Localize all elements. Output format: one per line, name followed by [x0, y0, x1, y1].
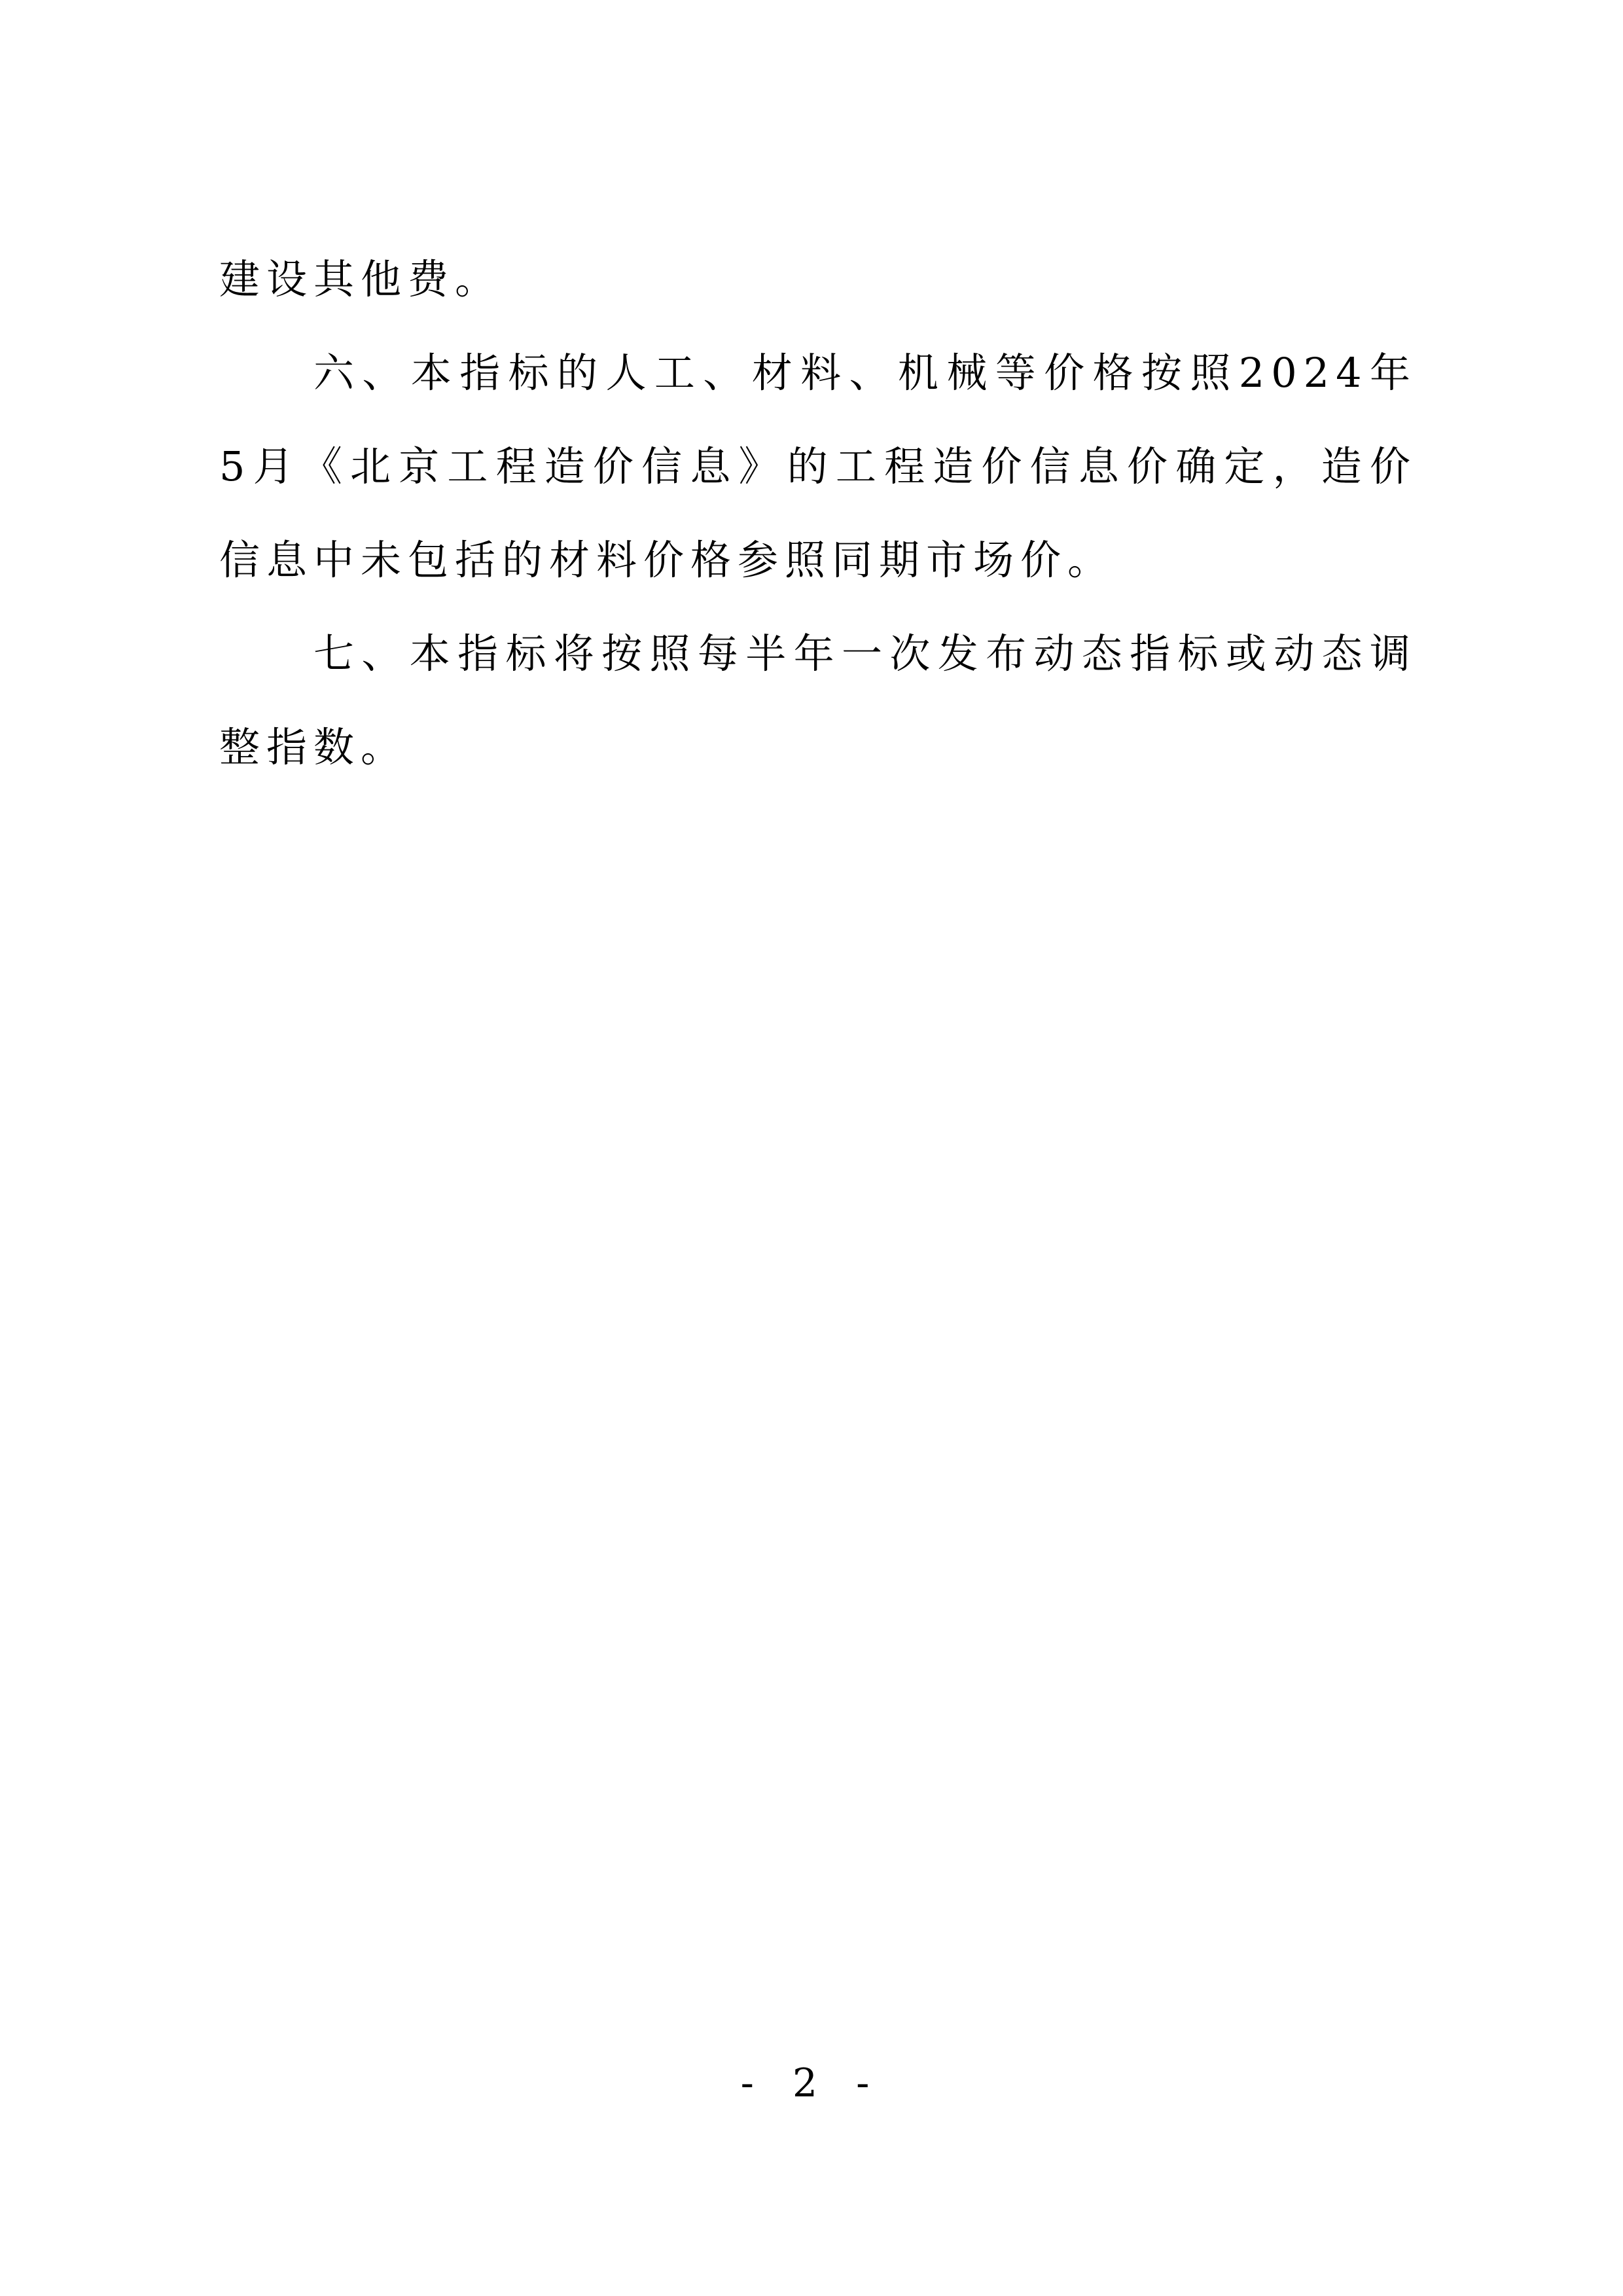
- page-number: - 2 -: [0, 2060, 1623, 2106]
- paragraph-item-6: 六、本指标的人工、材料、机械等价格按照2024年5月《北京工程造价信息》的工程造…: [219, 326, 1417, 607]
- document-page: 建设其他费。 六、本指标的人工、材料、机械等价格按照2024年5月《北京工程造价…: [0, 0, 1623, 2296]
- document-body: 建设其他费。 六、本指标的人工、材料、机械等价格按照2024年5月《北京工程造价…: [219, 232, 1417, 794]
- paragraph-continuation: 建设其他费。: [219, 232, 1417, 326]
- paragraph-item-7: 七、本指标将按照每半年一次发布动态指标或动态调整指数。: [219, 607, 1417, 794]
